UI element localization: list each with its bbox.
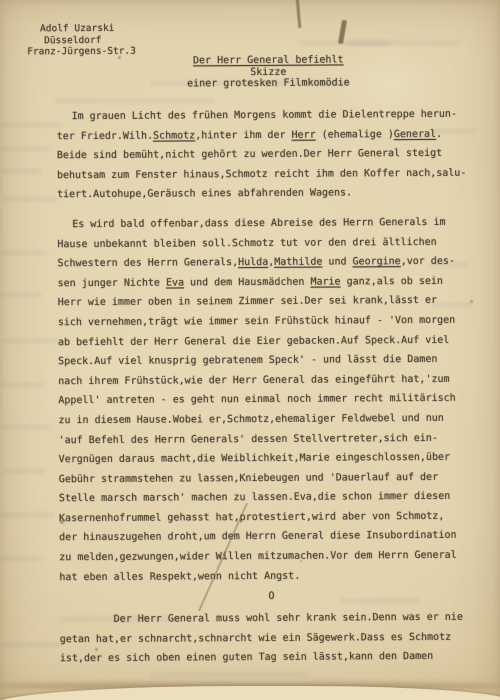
paragraph: Es wird bald offenbar,dass diese Abreise… [57,213,483,588]
underlined-name: Mathilde [274,257,322,268]
text-line: Stelle marsch marsch' machen zu lassen.E… [59,487,483,509]
text-line: Schwestern des Herrn Generals,Hulda,Math… [57,252,481,274]
underlined-name: Eva [166,277,184,288]
text-line: sen junger Nichte Eva und dem Hausmädche… [58,271,482,293]
underlined-name: Schmotz [153,130,195,141]
text-line: zu melden,gezwungen,wider Willen mitzuma… [59,546,483,568]
text-line: Der Herr General muss wohl sehr krank se… [60,608,484,630]
text-line: Kasernenhofrummel gehasst hat,protestier… [59,506,483,528]
title-block: Der Herr General befiehlt Skizze einer g… [58,54,478,91]
underlined-name: Marie [310,276,340,287]
section-divider: O [59,588,483,607]
document-page: Adolf Uzarski Düsseldorf Franz-Jürgens-S… [0,0,500,700]
text-line: der hinauszugehen droht,um dem Herrn Gen… [59,526,483,548]
underlined-name: Hulda [238,257,268,268]
text-line: Appell' antreten - es geht nun einmal no… [58,389,482,411]
text-line: Herr wie immer oben in seinem Zimmer sei… [58,291,482,313]
text-line: ter Friedr.Wilh.Schmotz,hinter ihm der H… [57,124,481,146]
document-body: Im grauen Licht des frühen Morgens kommt… [57,105,484,670]
sender-city: Düsseldorf [44,34,136,46]
text-line: sich vernehmen,trägt wie immer sein Früh… [58,311,482,333]
text-line: 'auf Befehl des Herrn Generals' dessen S… [58,428,482,450]
underlined-name: Georgine [352,256,400,267]
text-line: ab befiehlt der Herr General die Eier ge… [58,330,482,352]
sender-name: Adolf Uzarski [40,23,136,35]
text-line: tiert.Autohupe,Geräusch eines abfahrende… [57,183,481,205]
text-line: Beide sind bemüht,nicht gehört zu werden… [57,144,481,166]
text-line: Gebühr strammstehen zu lassen,Kniebeugen… [59,467,483,489]
sender-address: Adolf Uzarski Düsseldorf Franz-Jürgens-S… [40,23,136,58]
text-line: ist,der es sich oben einen guten Tag sei… [60,647,484,669]
underlined-name: Herr [291,129,315,140]
text-line: Speck.Auf viel knusprig gebratenem Speck… [58,350,482,372]
paragraph: Im grauen Licht des frühen Morgens kommt… [57,105,482,206]
text-line: behutsam zum Fenster hinaus,Schmotz reic… [57,163,481,185]
document-subtitle-description: einer grotesken Filmkomödie [58,77,478,91]
text-line: Es wird bald offenbar,dass diese Abreise… [57,213,481,235]
underlined-name: General [394,128,436,139]
text-line: Im grauen Licht des frühen Morgens kommt… [57,105,481,127]
text-line: zu in diesem Hause.Wobei er,Schmotz,ehem… [58,408,482,430]
text-line: Hause unbekannt bleiben soll.Schmotz tut… [57,232,481,254]
text-line: getan hat,er schnarcht,schnarcht wie ein… [60,627,484,649]
text-line: Vergnügen daraus macht,die Weiblichkeit,… [59,448,483,470]
paragraph: Der Herr General muss wohl sehr krank se… [60,608,484,669]
text-line: hat eben alles Respekt,wenn nicht Angst. [59,565,483,587]
text-line: nach ihrem Frühstück,wie der Herr Genera… [58,369,482,391]
